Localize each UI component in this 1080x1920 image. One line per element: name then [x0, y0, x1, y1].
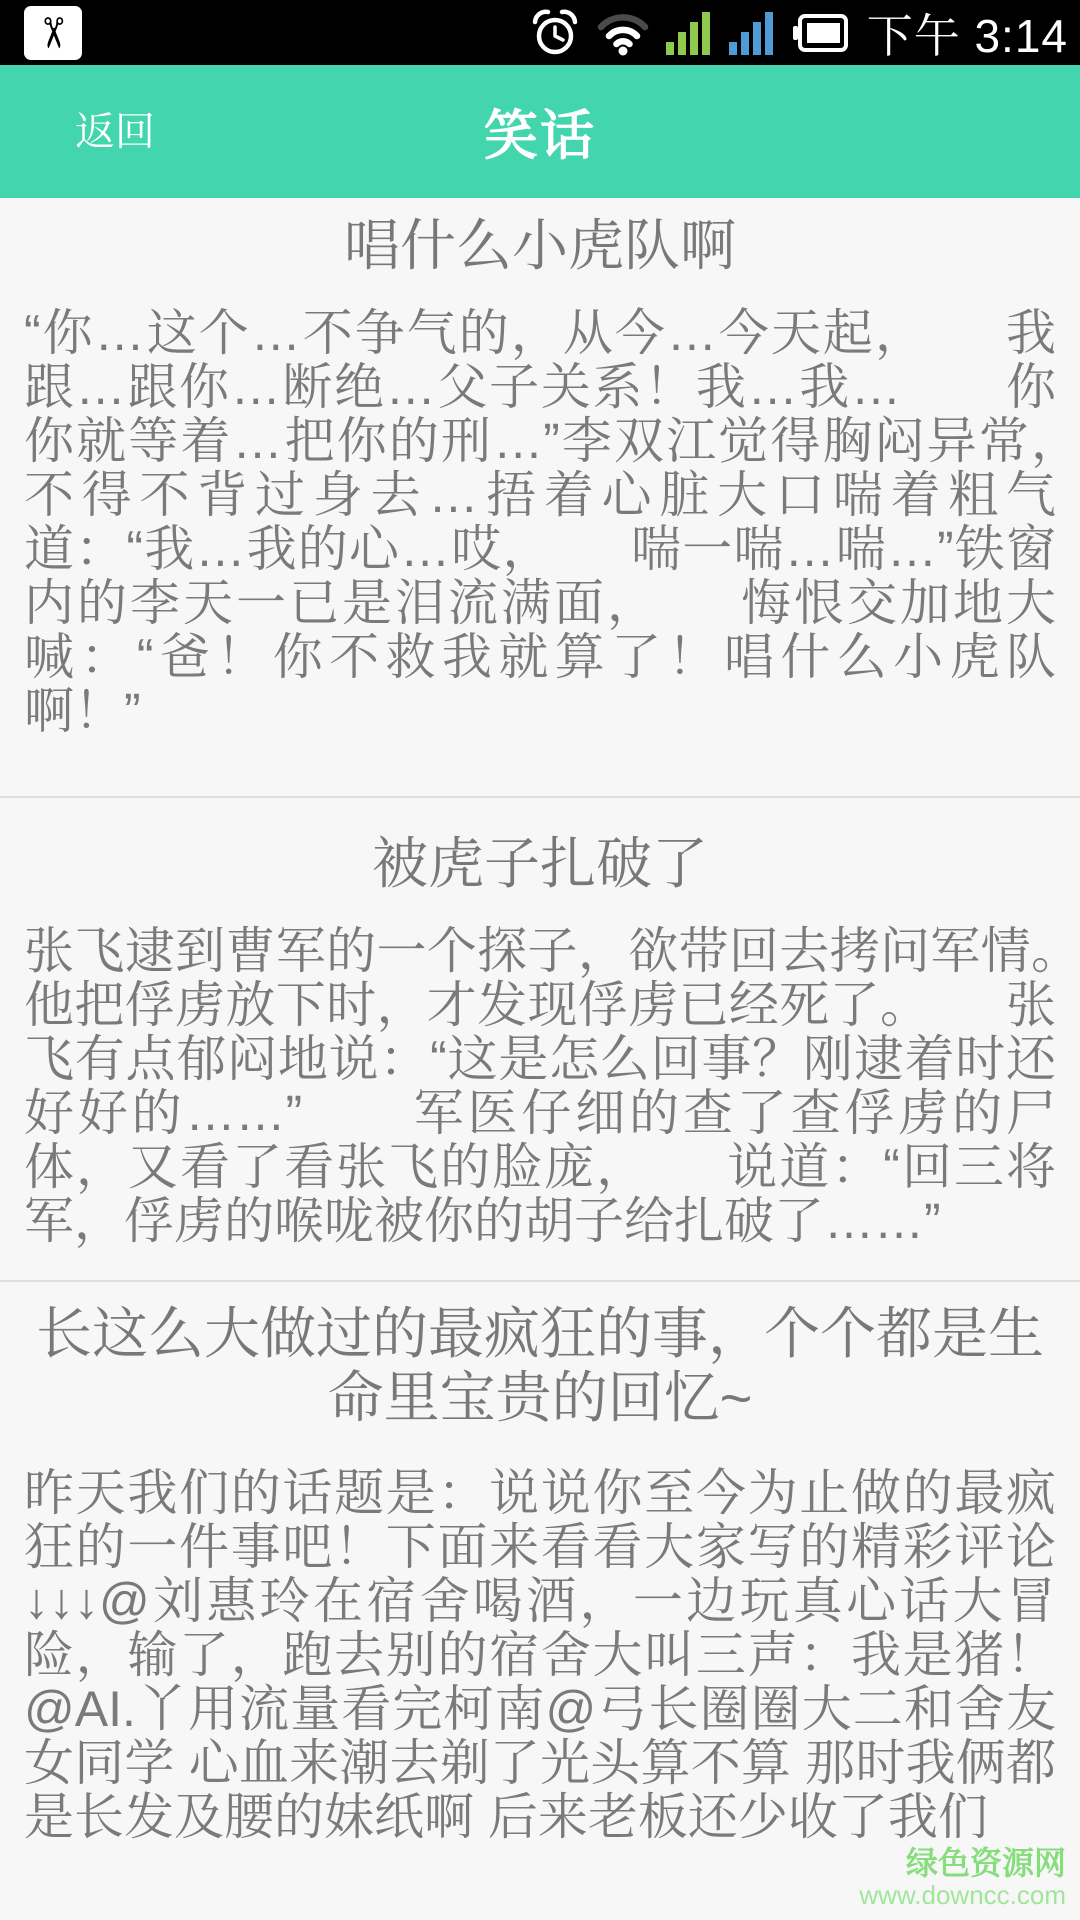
joke-body: 张飞逮到曹军的一个探子，欲带回去拷问军情。 他把俘虏放下时，才发现俘虏已经死了。…: [24, 924, 1056, 1248]
joke-list: 唱什么小虎队啊 “你…这个…不争气的，从今…今天起， 我跟…跟你…断绝…父子关系…: [0, 214, 1080, 1844]
scissors-icon: ✂: [32, 15, 74, 50]
status-bar: ✂: [0, 0, 1080, 65]
app-header: 笑话 返回: [0, 65, 1080, 198]
joke-body: “你…这个…不争气的，从今…今天起， 我跟…跟你…断绝…父子关系！我…我… 你你…: [24, 306, 1056, 738]
watermark-url: www.downcc.com: [859, 1881, 1066, 1910]
status-bar-right: 下午 3:14: [530, 0, 1072, 66]
joke-item-2[interactable]: 被虎子扎破了 张飞逮到曹军的一个探子，欲带回去拷问军情。 他把俘虏放下时，才发现…: [0, 832, 1080, 1280]
signal-bars-sim2-icon: [729, 11, 775, 55]
status-time: 下午 3:14: [867, 0, 1072, 66]
watermark-site-name: 绿色资源网: [859, 1846, 1066, 1881]
joke-title: 被虎子扎破了: [24, 832, 1056, 896]
joke-title: 长这么大做过的最疯狂的事，个个都是生命里宝贵的回忆~: [24, 1302, 1056, 1430]
page-title: 笑话: [0, 93, 1080, 170]
scissors-notification-icon: ✂: [24, 6, 82, 60]
joke-body: 昨天我们的话题是：说说你至今为止做的最疯狂的一件事吧！下面来看看大家写的精彩评论…: [24, 1466, 1056, 1844]
joke-item-1[interactable]: 唱什么小虎队啊 “你…这个…不争气的，从今…今天起， 我跟…跟你…断绝…父子关系…: [0, 214, 1080, 796]
wifi-icon: [597, 10, 649, 56]
battery-icon: [792, 12, 850, 54]
signal-bars-sim1-icon: [666, 11, 712, 55]
list-divider: [0, 1280, 1080, 1282]
joke-title: 唱什么小虎队啊: [24, 214, 1056, 278]
app-screen: ✂: [0, 0, 1080, 1920]
watermark: 绿色资源网 www.downcc.com: [859, 1846, 1066, 1910]
list-divider: [0, 796, 1080, 798]
alarm-clock-icon: [530, 8, 580, 58]
joke-item-3[interactable]: 长这么大做过的最疯狂的事，个个都是生命里宝贵的回忆~ 昨天我们的话题是：说说你至…: [0, 1302, 1080, 1844]
